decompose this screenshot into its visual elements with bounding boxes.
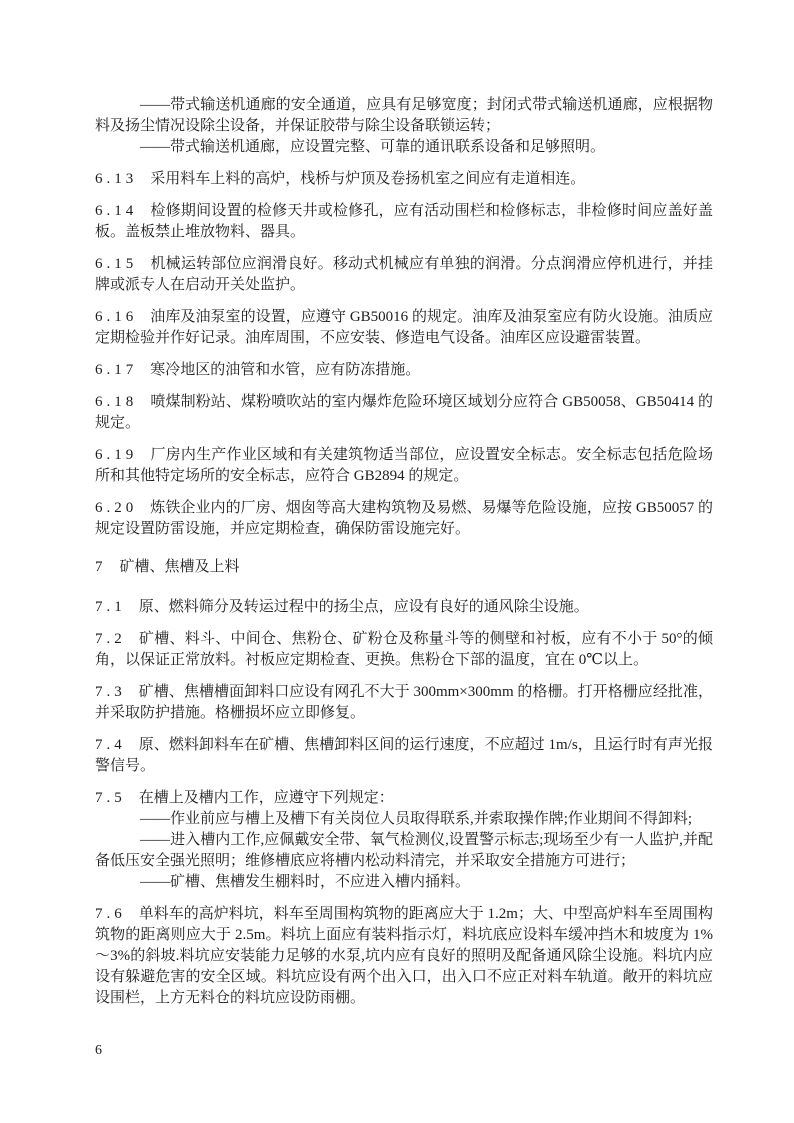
clause-text: 矿槽、料斗、中间仓、焦粉仓、矿粉仓及称量斗等的侧壁和衬板，应有不小于 50°的倾… <box>95 631 713 668</box>
clause-text: 炼铁企业内的厂房、烟囱等高大建构筑物及易燃、易爆等危险设施，应按 GB50057… <box>95 500 713 537</box>
dash-list-item: ——带式输送机通廊，应设置完整、可靠的通讯联系设备和足够照明。 <box>95 137 713 158</box>
clause-number: 7.6 <box>95 906 126 922</box>
clause-number: 7.3 <box>95 684 126 700</box>
clause-number: 6.19 <box>95 447 137 463</box>
clause-text: 喷煤制粉站、煤粉喷吹站的室内爆炸危险环境区域划分应符合 GB50058、GB50… <box>95 394 713 431</box>
section-title: 矿槽、焦槽及上料 <box>120 559 240 575</box>
page-number: 6 <box>95 1042 102 1060</box>
clause-number: 7.1 <box>95 599 126 615</box>
dash-list-item: ——作业前应与槽上及槽下有关岗位人员取得联系,并索取操作牌;作业期间不得卸料; <box>95 809 713 830</box>
clause-7-4: 7.4原、燃料卸料车在矿槽、焦槽卸料区间的运行速度，不应超过 1m/s，且运行时… <box>95 735 713 777</box>
clause-number: 6.17 <box>95 362 137 378</box>
document-page: ——带式输送机通廊的安全通道，应具有足够宽度；封闭式带式输送机通廊，应根据物料及… <box>0 0 794 1123</box>
clause-7-5: 7.5在槽上及槽内工作，应遵守下列规定： ——作业前应与槽上及槽下有关岗位人员取… <box>95 788 713 893</box>
clause-number: 6.15 <box>95 256 137 272</box>
clause-6-13: 6.13采用料车上料的高炉，栈桥与炉顶及卷扬机室之间应有走道相连。 <box>95 169 713 190</box>
clause-text: 单料车的高炉料坑，料车至周围构筑物的距离应大于 1.2m；大、中型高炉料车至周围… <box>95 906 713 1006</box>
clause-6-17: 6.17寒冷地区的油管和水管，应有防冻措施。 <box>95 360 713 381</box>
clause-text: 采用料车上料的高炉，栈桥与炉顶及卷扬机室之间应有走道相连。 <box>150 171 585 187</box>
clause-text: 原、燃料卸料车在矿槽、焦槽卸料区间的运行速度，不应超过 1m/s，且运行时有声光… <box>95 737 713 774</box>
clause-6-14: 6.14检修期间设置的检修天井或检修孔，应有活动围栏和检修标志，非检修时间应盖好… <box>95 201 713 243</box>
dash-list-item: ——带式输送机通廊的安全通道，应具有足够宽度；封闭式带式输送机通廊，应根据物料及… <box>95 95 713 137</box>
dash-list-item: ——矿槽、焦槽发生棚料时，不应进入槽内捅料。 <box>95 872 713 893</box>
section-number: 7 <box>95 559 107 575</box>
clause-6-19: 6.19厂房内生产作业区域和有关建筑物适当部位，应设置安全标志。安全标志包括危险… <box>95 445 713 487</box>
dash-list-item: ——进入槽内工作,应佩戴安全带、氧气检测仪,设置警示标志;现场至少有一人监护,并… <box>95 830 713 872</box>
continued-dash-list: ——带式输送机通廊的安全通道，应具有足够宽度；封闭式带式输送机通廊，应根据物料及… <box>95 95 713 158</box>
clause-number: 6.16 <box>95 309 137 325</box>
clause-number: 7.5 <box>95 790 126 806</box>
clause-6-16: 6.16油库及油泵室的设置，应遵守 GB50016 的规定。油库及油泵室应有防火… <box>95 307 713 349</box>
clause-text: 原、燃料筛分及转运过程中的扬尘点，应设有良好的通风除尘设施。 <box>139 599 589 615</box>
clause-6-20: 6.20炼铁企业内的厂房、烟囱等高大建构筑物及易燃、易爆等危险设施，应按 GB5… <box>95 498 713 540</box>
clause-text: 在槽上及槽内工作，应遵守下列规定： <box>139 790 394 806</box>
clause-number: 6.14 <box>95 203 137 219</box>
clause-text: 厂房内生产作业区域和有关建筑物适当部位，应设置安全标志。安全标志包括危险场所和其… <box>95 447 713 484</box>
clause-number: 6.20 <box>95 500 137 516</box>
section-heading-7: 7矿槽、焦槽及上料 <box>95 557 713 578</box>
page-content: ——带式输送机通廊的安全通道，应具有足够宽度；封闭式带式输送机通廊，应根据物料及… <box>95 95 713 1020</box>
clause-7-1: 7.1原、燃料筛分及转运过程中的扬尘点，应设有良好的通风除尘设施。 <box>95 597 713 618</box>
clause-text: 油库及油泵室的设置，应遵守 GB50016 的规定。油库及油泵室应有防火设施。油… <box>95 309 713 346</box>
clause-6-18: 6.18喷煤制粉站、煤粉喷吹站的室内爆炸危险环境区域划分应符合 GB50058、… <box>95 392 713 434</box>
clause-7-3: 7.3矿槽、焦槽槽面卸料口应设有网孔不大于 300mm×300mm 的格栅。打开… <box>95 682 713 724</box>
clause-number: 6.18 <box>95 394 137 410</box>
clause-7-5-intro: 7.5在槽上及槽内工作，应遵守下列规定： <box>95 788 713 809</box>
clause-number: 6.13 <box>95 171 137 187</box>
clause-text: 寒冷地区的油管和水管，应有防冻措施。 <box>150 362 420 378</box>
clause-number: 7.4 <box>95 737 126 753</box>
clause-7-2: 7.2矿槽、料斗、中间仓、焦粉仓、矿粉仓及称量斗等的侧壁和衬板，应有不小于 50… <box>95 629 713 671</box>
clause-6-15: 6.15机械运转部位应润滑良好。移动式机械应有单独的润滑。分点润滑应停机进行，并… <box>95 254 713 296</box>
clause-text: 机械运转部位应润滑良好。移动式机械应有单独的润滑。分点润滑应停机进行，并挂牌或派… <box>95 256 713 293</box>
clause-7-6: 7.6单料车的高炉料坑，料车至周围构筑物的距离应大于 1.2m；大、中型高炉料车… <box>95 904 713 1009</box>
clause-text: 矿槽、焦槽槽面卸料口应设有网孔不大于 300mm×300mm 的格栅。打开格栅应… <box>95 684 713 721</box>
clause-number: 7.2 <box>95 631 126 647</box>
clause-text: 检修期间设置的检修天井或检修孔，应有活动围栏和检修标志，非检修时间应盖好盖板。盖… <box>95 203 713 240</box>
